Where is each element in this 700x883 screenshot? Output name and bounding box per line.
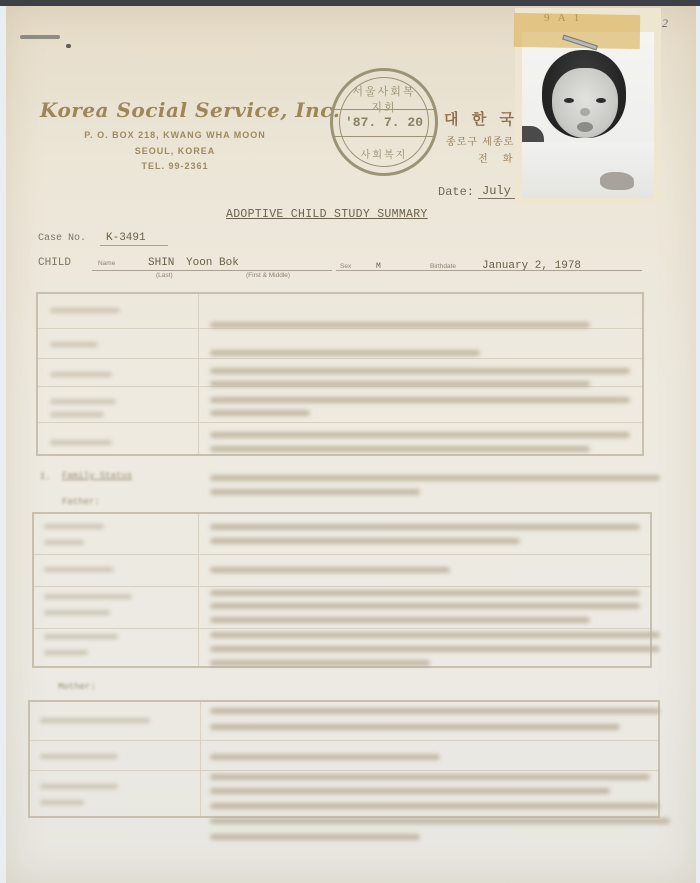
table2-label-4a: [44, 634, 118, 639]
telephone: TEL. 99-2361: [70, 161, 280, 171]
date-label: Date:: [438, 185, 474, 199]
name-label: Name: [98, 260, 115, 267]
table2-label-2: [44, 567, 114, 572]
child-first-middle-name: Yoon Bok: [186, 257, 239, 269]
table2-label-1b: [44, 540, 84, 545]
table1-value-2: [210, 350, 480, 356]
mother-label: Mother:: [58, 682, 96, 692]
table2-value-1b: [210, 538, 520, 544]
table1-value-1: [210, 322, 590, 328]
pen-dot: [66, 44, 71, 48]
korean-header-line-3: 전 화: [478, 150, 519, 165]
postmark-stamp: 서울사회복지회 '87. 7. 20 사회복지: [330, 68, 438, 176]
stamp-date: '87. 7. 20: [333, 115, 435, 130]
last-caption: (Last): [156, 272, 173, 279]
table1-value-3b: [210, 381, 590, 387]
case-underline: [100, 245, 168, 246]
table3-value-2: [210, 754, 440, 760]
table3-value-3b: [210, 788, 610, 794]
tape-marking: 9 A 1: [544, 12, 582, 24]
table1-label-5: [50, 440, 112, 445]
table1-value-4b: [210, 410, 310, 416]
table2-value-4c: [210, 660, 430, 666]
birthdate-label: Birthdate: [430, 263, 456, 270]
pen-mark: [20, 35, 60, 39]
sex-label: Sex: [340, 263, 351, 270]
table3-label-1: [40, 718, 150, 723]
table1-label-4a: [50, 399, 116, 404]
table2-value-4a: [210, 632, 660, 638]
table1-label-1: [50, 308, 120, 313]
case-number-value: K-3491: [106, 232, 146, 244]
family-status-label: Family Status: [62, 471, 132, 481]
form-title: ADOPTIVE CHILD STUDY SUMMARY: [226, 208, 428, 221]
table2-value-3a: [210, 590, 640, 596]
first-middle-caption: (First & Middle): [246, 272, 290, 279]
table1-label-4b: [50, 412, 104, 417]
table1-value-5a: [210, 432, 630, 438]
table3-value-3d: [210, 818, 670, 824]
table2-label-4b: [44, 650, 88, 655]
table3-label-3b: [40, 800, 84, 805]
address-line-1: P. O. BOX 218, KWANG WHA MOON: [70, 130, 280, 140]
table3-label-2: [40, 754, 118, 759]
table2-label-3b: [44, 610, 110, 615]
table1-label-3: [50, 372, 112, 377]
table2-value-1a: [210, 524, 640, 530]
table3-value-1a: [210, 708, 660, 714]
address-line-2: SEOUL, KOREA: [70, 146, 280, 156]
table2-value-3b: [210, 603, 640, 609]
korean-header-line-1: 대 한 국: [444, 108, 518, 129]
page-marker: 2: [662, 16, 668, 31]
table3-value-1b: [210, 724, 620, 730]
table3-value-3e: [210, 834, 420, 840]
table3-value-3a: [210, 774, 650, 780]
table2-value-2: [210, 567, 450, 573]
name-underline: [92, 270, 332, 271]
table2-value-4b: [210, 646, 660, 652]
table3-value-3c: [210, 803, 660, 809]
sex-birth-underline: [336, 270, 642, 271]
table1-value-5b: [210, 446, 590, 452]
child-photo: [522, 32, 654, 198]
section-number: I.: [40, 472, 51, 482]
stamp-ring-bottom-text: 사회복지: [347, 146, 421, 161]
table3-label-3a: [40, 784, 118, 789]
table1-value-4a: [210, 397, 630, 403]
family-intro-line-2: [210, 489, 420, 495]
table2-value-3c: [210, 617, 590, 623]
family-intro-line-1: [210, 475, 660, 481]
father-label: Father:: [62, 497, 100, 507]
child-last-name: SHIN: [148, 257, 174, 269]
table2-label-3a: [44, 594, 132, 599]
case-number-label: Case No.: [38, 233, 86, 244]
child-label: CHILD: [38, 257, 71, 269]
table2-label-1a: [44, 524, 104, 529]
table1-label-2: [50, 342, 98, 347]
table1-value-3a: [210, 368, 630, 374]
organization-name: Korea Social Service, Inc.: [40, 98, 340, 122]
